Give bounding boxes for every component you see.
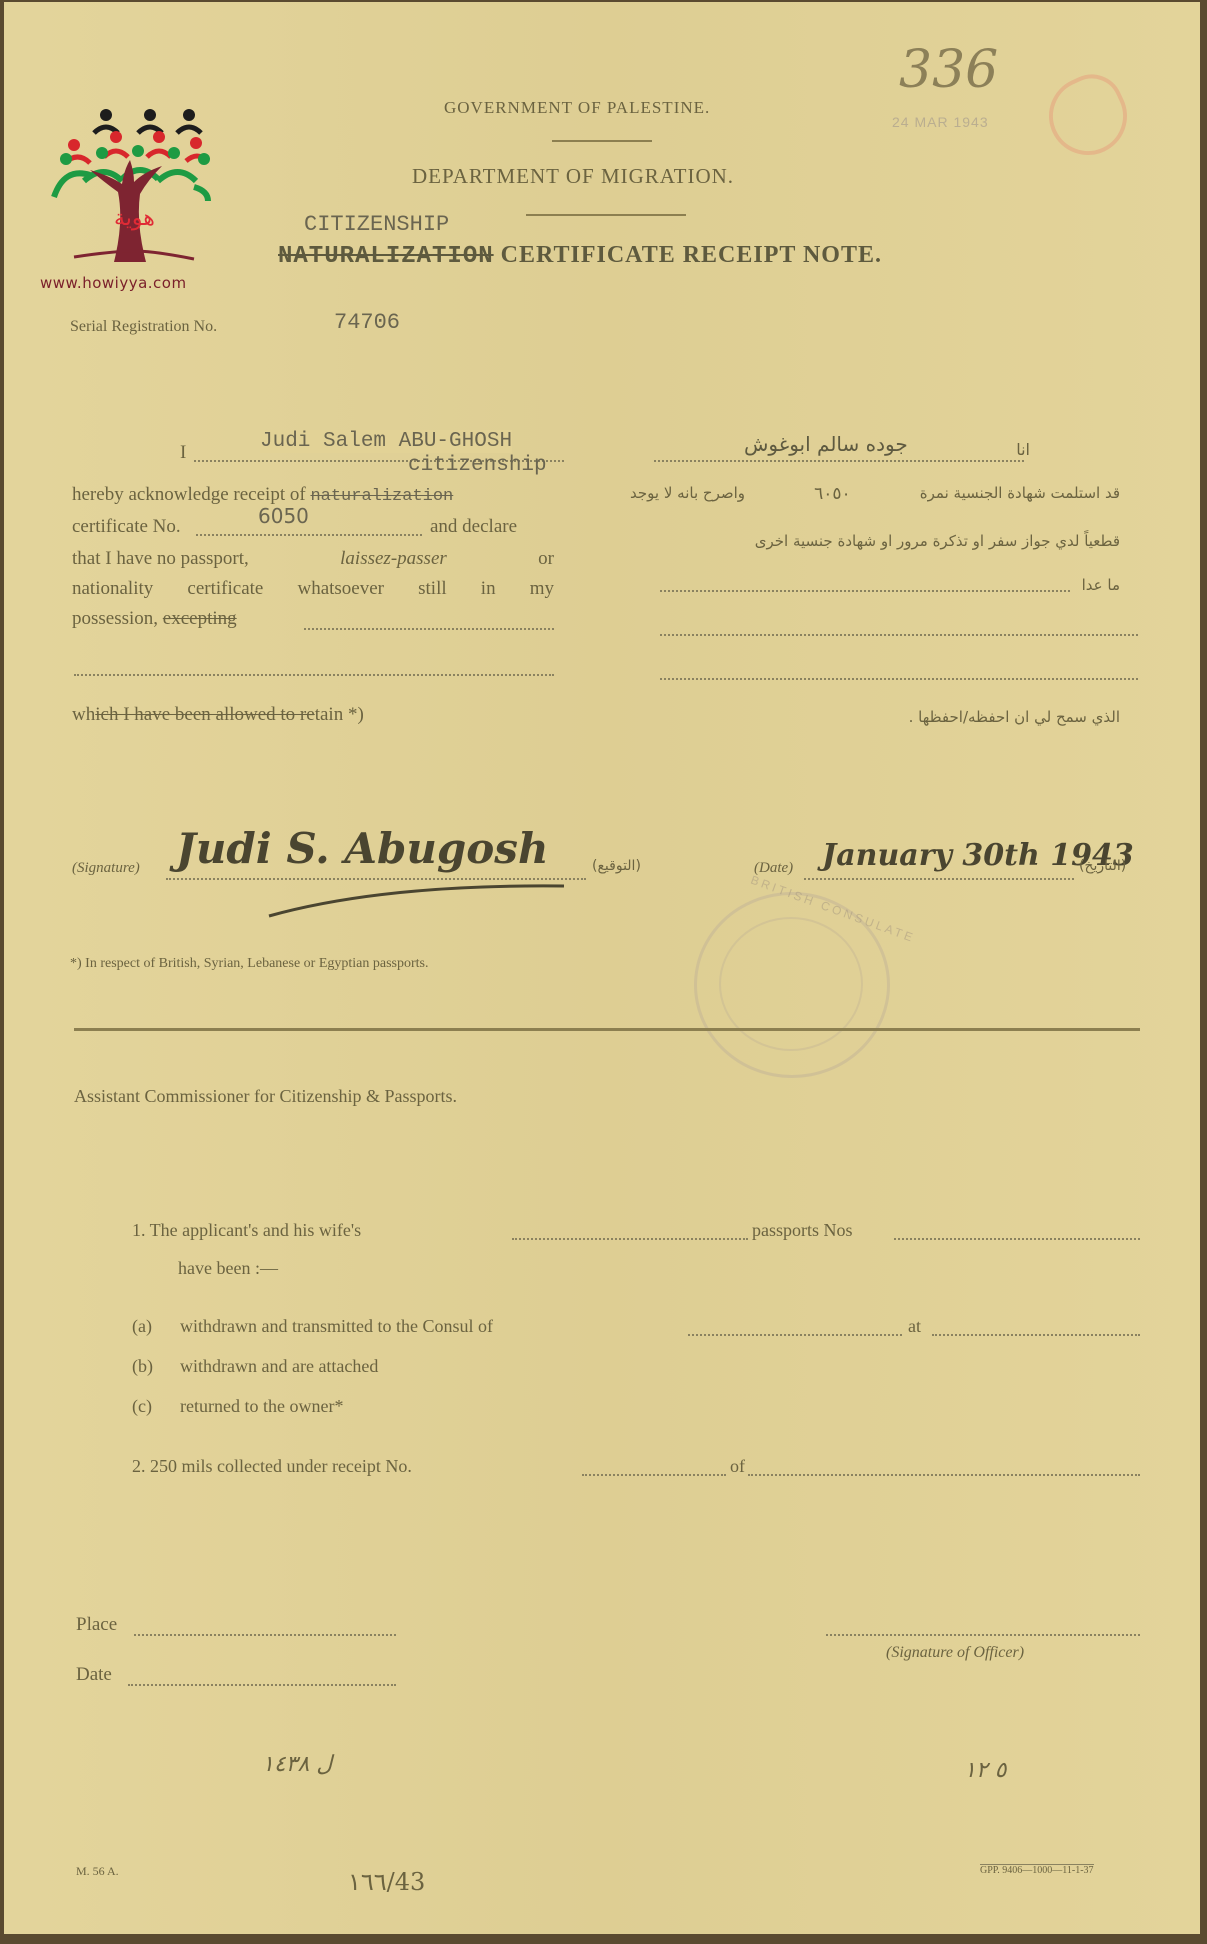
item-a-at: at: [908, 1316, 921, 1337]
arabic-line-3: قطعياً لدي جواز سفر او تذكرة مرور او شها…: [630, 532, 1120, 550]
received-date-stamp: 24 MAR 1943: [892, 114, 989, 130]
signature-label: (Signature): [72, 860, 140, 877]
typed-citizenship: citizenship: [408, 454, 547, 477]
arabic-except-line-2: [660, 634, 1138, 636]
item-c-label: (c): [132, 1396, 152, 1417]
serial-label: Serial Registration No.: [70, 318, 217, 336]
section-divider: [74, 1028, 1140, 1031]
svg-text:هوية: هوية: [114, 206, 155, 231]
decl-line-4: nationality certificate whatsoever still…: [72, 578, 554, 600]
arabic-except-line: [660, 590, 1070, 592]
item2-text: 2. 250 mils collected under receipt No.: [132, 1456, 412, 1477]
arabic-line-6: الذي سمح لي ان احفظه/احفظها .: [909, 708, 1120, 726]
red-pencil-mark-icon: [1036, 64, 1140, 168]
item-a-text: withdrawn and transmitted to the Consul …: [180, 1316, 493, 1337]
certificate-page: هوية www.howiyya.com 336 24 MAR 1943 GOV…: [4, 2, 1200, 1934]
item-b-label: (b): [132, 1356, 153, 1377]
decl-line-6: which I have been allowed to retain *): [72, 704, 364, 726]
and-declare: and declare: [430, 516, 517, 538]
handwritten-reference: ١٦٦/43: [348, 1868, 425, 1896]
excepting-line-2: [74, 674, 554, 676]
footnote: *) In respect of British, Syrian, Lebane…: [70, 956, 428, 972]
watermark-url[interactable]: www.howiyya.com: [40, 274, 187, 292]
item1-wife-passport-line: [512, 1238, 748, 1240]
officer-signature-label: (Signature of Officer): [886, 1644, 1024, 1662]
applicant-signature: Judi S. Abugosh: [176, 824, 548, 873]
signature-label-arabic: (التوقيع): [592, 858, 641, 874]
office-date-label: Date: [76, 1664, 112, 1686]
cert-no-label: certificate No.: [72, 516, 181, 538]
item2-of: of: [730, 1456, 745, 1477]
date-line: [804, 878, 1074, 880]
item-a-label: (a): [132, 1316, 152, 1337]
cert-number: 6050: [258, 504, 309, 528]
office-heading: Assistant Commissioner for Citizenship &…: [74, 1086, 457, 1107]
arabic-applicant-name: جوده سالم ابوغوش: [744, 432, 908, 456]
decl-line-1: hereby acknowledge receipt of naturaliza…: [72, 484, 453, 506]
decl-line-5: possession, excepting: [72, 608, 237, 630]
struck-naturalization: NATURALIZATION: [278, 243, 494, 270]
item-b-text: withdrawn and are attached: [180, 1356, 378, 1377]
serial-number: 74706: [334, 310, 400, 335]
arabic-line-4: ما عدا: [1082, 576, 1120, 594]
receipt-no-line: [582, 1474, 726, 1476]
date-label-arabic: (التاريخ): [1079, 858, 1126, 874]
signature-underline-icon: [264, 880, 584, 920]
typed-citizenship-correction: CITIZENSHIP: [304, 212, 449, 237]
consul-of-line: [688, 1334, 902, 1336]
arabic-except-line-3: [660, 678, 1138, 680]
item1-text: 1. The applicant's and his wife's: [132, 1220, 361, 1241]
cert-no-line: [196, 534, 422, 536]
government-heading: GOVERNMENT OF PALESTINE.: [444, 98, 710, 118]
header-divider-2: [526, 214, 686, 216]
decl-line-3: that I have no passport,laissez-passeror: [72, 548, 554, 570]
place-label: Place: [76, 1614, 117, 1636]
certificate-title-rest: CERTIFICATE RECEIPT NOTE.: [501, 242, 882, 268]
item1-passport-nos-line: [894, 1238, 1140, 1240]
place-line: [134, 1634, 396, 1636]
receipt-of-line: [748, 1474, 1140, 1476]
i-label: I: [180, 442, 186, 464]
item1-passports-label: passports Nos: [752, 1220, 853, 1241]
item1-have-been: have been :—: [178, 1258, 278, 1279]
handwritten-file-number: 336: [899, 40, 998, 100]
certificate-title: NATURALIZATION CERTIFICATE RECEIPT NOTE.: [278, 242, 882, 270]
printer-code: GPP. 9406—1000—11-1-37: [980, 1864, 1094, 1876]
office-date-line: [128, 1684, 396, 1686]
howiyya-tree-logo-icon: هوية: [44, 97, 214, 267]
applicant-name: Judi Salem ABU-GHOSH: [260, 430, 512, 453]
excepting-line: [304, 628, 554, 630]
officer-signature-line: [826, 1634, 1140, 1636]
bottom-marks-right: ٥ ١٢: [964, 1758, 1006, 1783]
department-heading: DEPARTMENT OF MIGRATION.: [412, 164, 734, 189]
header-divider: [552, 140, 652, 142]
arabic-name-line: [654, 460, 1024, 462]
arabic-i-label: انا: [1016, 440, 1030, 459]
arabic-line-2: قد استلمت شهادة الجنسية نمرة٦٠٥٠واصرح با…: [630, 484, 1120, 504]
bottom-marks-left: ل ١٤٣٨: [262, 1752, 332, 1777]
consul-at-line: [932, 1334, 1140, 1336]
item-c-text: returned to the owner*: [180, 1396, 343, 1417]
form-number: M. 56 A.: [76, 1864, 119, 1879]
